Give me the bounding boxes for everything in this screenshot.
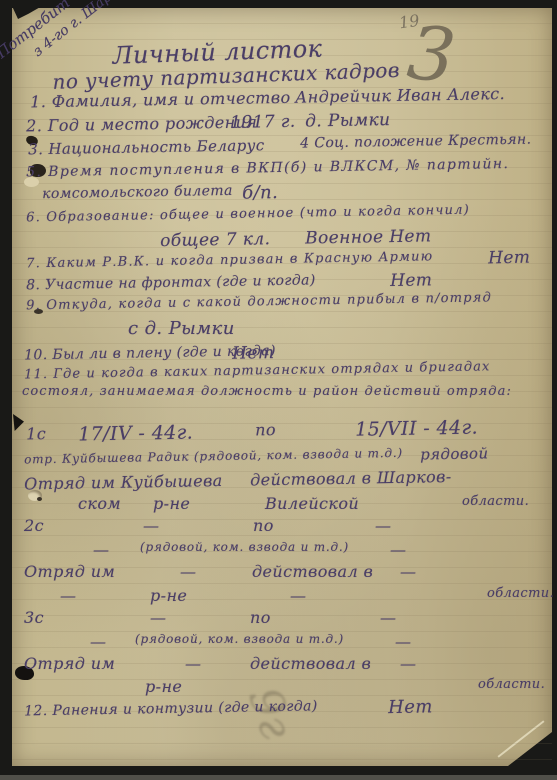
- page-number-large: 3: [404, 16, 459, 95]
- folded-corner: [508, 732, 552, 766]
- scanner-edge: [0, 775, 557, 780]
- document-page: [12, 8, 552, 766]
- scanned-document: Потребит з 4-го г. Шарковщ 19 3 9г Личны…: [0, 0, 557, 780]
